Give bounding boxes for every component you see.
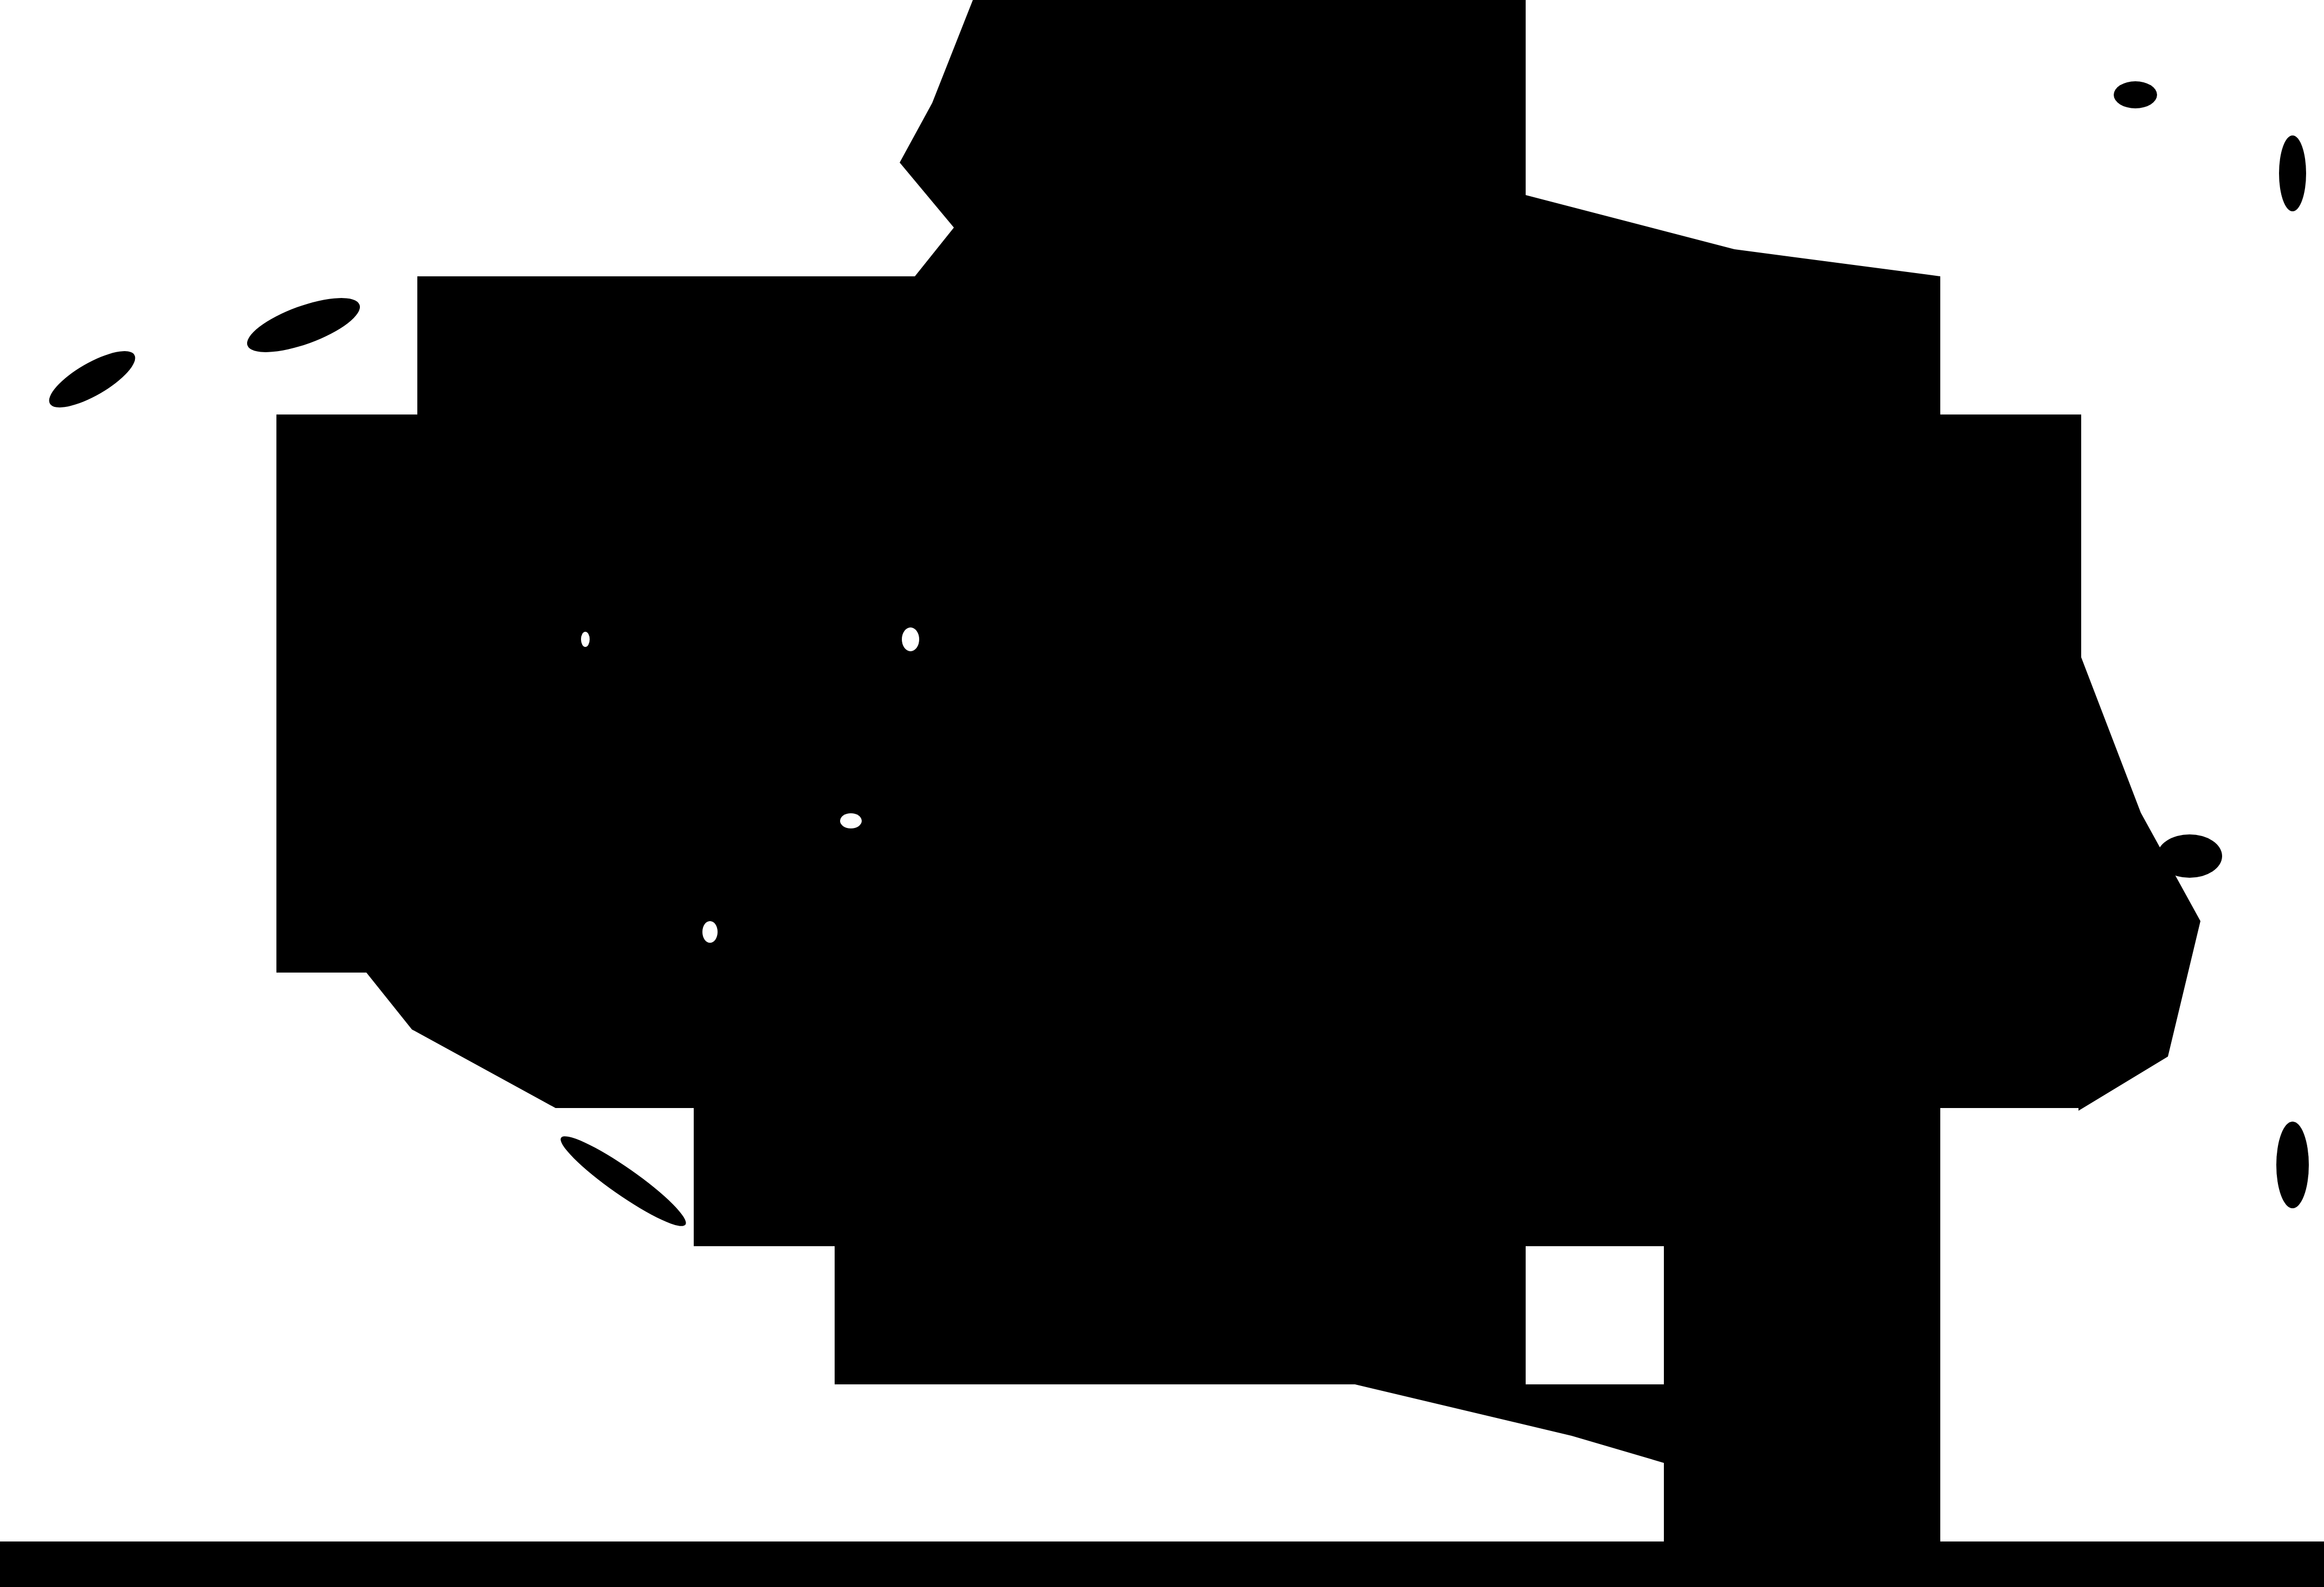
binary-mask-image — [0, 0, 2324, 1587]
mask-svg — [0, 0, 2324, 1587]
